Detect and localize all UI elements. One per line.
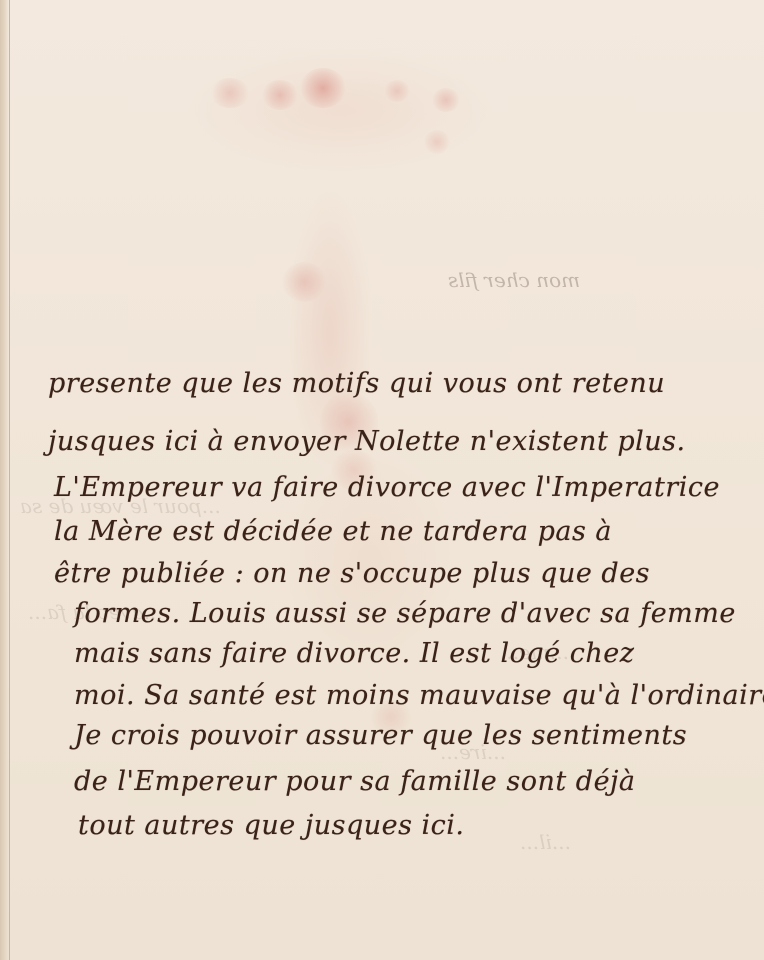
- letter-line: formes. Louis aussi se sépare d'avec sa …: [74, 598, 736, 629]
- bleed-through-text: mon cher fils: [448, 268, 580, 292]
- letter-line: mais sans faire divorce. Il est logé che…: [74, 638, 634, 669]
- letter-line: la Mère est décidée et ne tardera pas à: [54, 516, 612, 547]
- letter-line: presente que les motifs qui vous ont ret…: [48, 368, 665, 399]
- foxing-stain: [282, 262, 326, 302]
- reverse-faint-line: ...il...: [520, 830, 571, 854]
- foxing-stain: [432, 88, 460, 112]
- foxing-stain: [300, 68, 346, 108]
- letter-line: tout autres que jusques ici.: [78, 810, 465, 841]
- letter-line: L'Empereur va faire divorce avec l'Imper…: [54, 472, 720, 503]
- foxing-stain: [384, 80, 410, 102]
- letter-line: jusques ici à envoyer Nolette n'existent…: [48, 426, 686, 457]
- letter-line: moi. Sa santé est moins mauvaise qu'à l'…: [74, 680, 764, 711]
- foxing-stain: [210, 78, 250, 108]
- page-left-edge: [0, 0, 10, 960]
- letter-line: Je crois pouvoir assurer que les sentime…: [74, 720, 687, 751]
- letter-line: être publiée : on ne s'occupe plus que d…: [54, 558, 650, 589]
- letter-line: de l'Empereur pour sa famille sont déjà: [74, 766, 636, 797]
- foxing-stain: [262, 80, 298, 110]
- manuscript-page: mon cher fils ...pour le vœu de sa ...av…: [0, 0, 764, 960]
- foxing-stain: [424, 130, 450, 154]
